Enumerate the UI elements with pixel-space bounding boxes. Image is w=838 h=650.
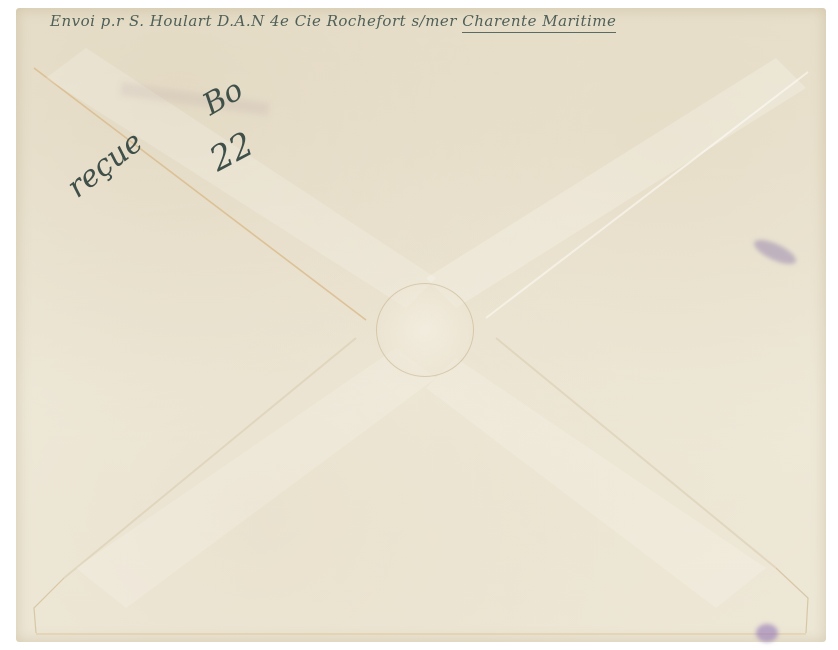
envelope-back	[16, 8, 826, 642]
destination-text: Charente Maritime	[462, 12, 616, 33]
wax-seal-mark	[376, 283, 474, 377]
sender-inscription: Envoi p.r S. Houlart D.A.N 4e Cie Rochef…	[50, 12, 616, 30]
ink-smudge-bottom	[756, 624, 778, 642]
connector-text: s/mer	[411, 12, 457, 30]
sender-text: Envoi p.r S. Houlart D.A.N 4e Cie Rochef…	[50, 12, 406, 30]
